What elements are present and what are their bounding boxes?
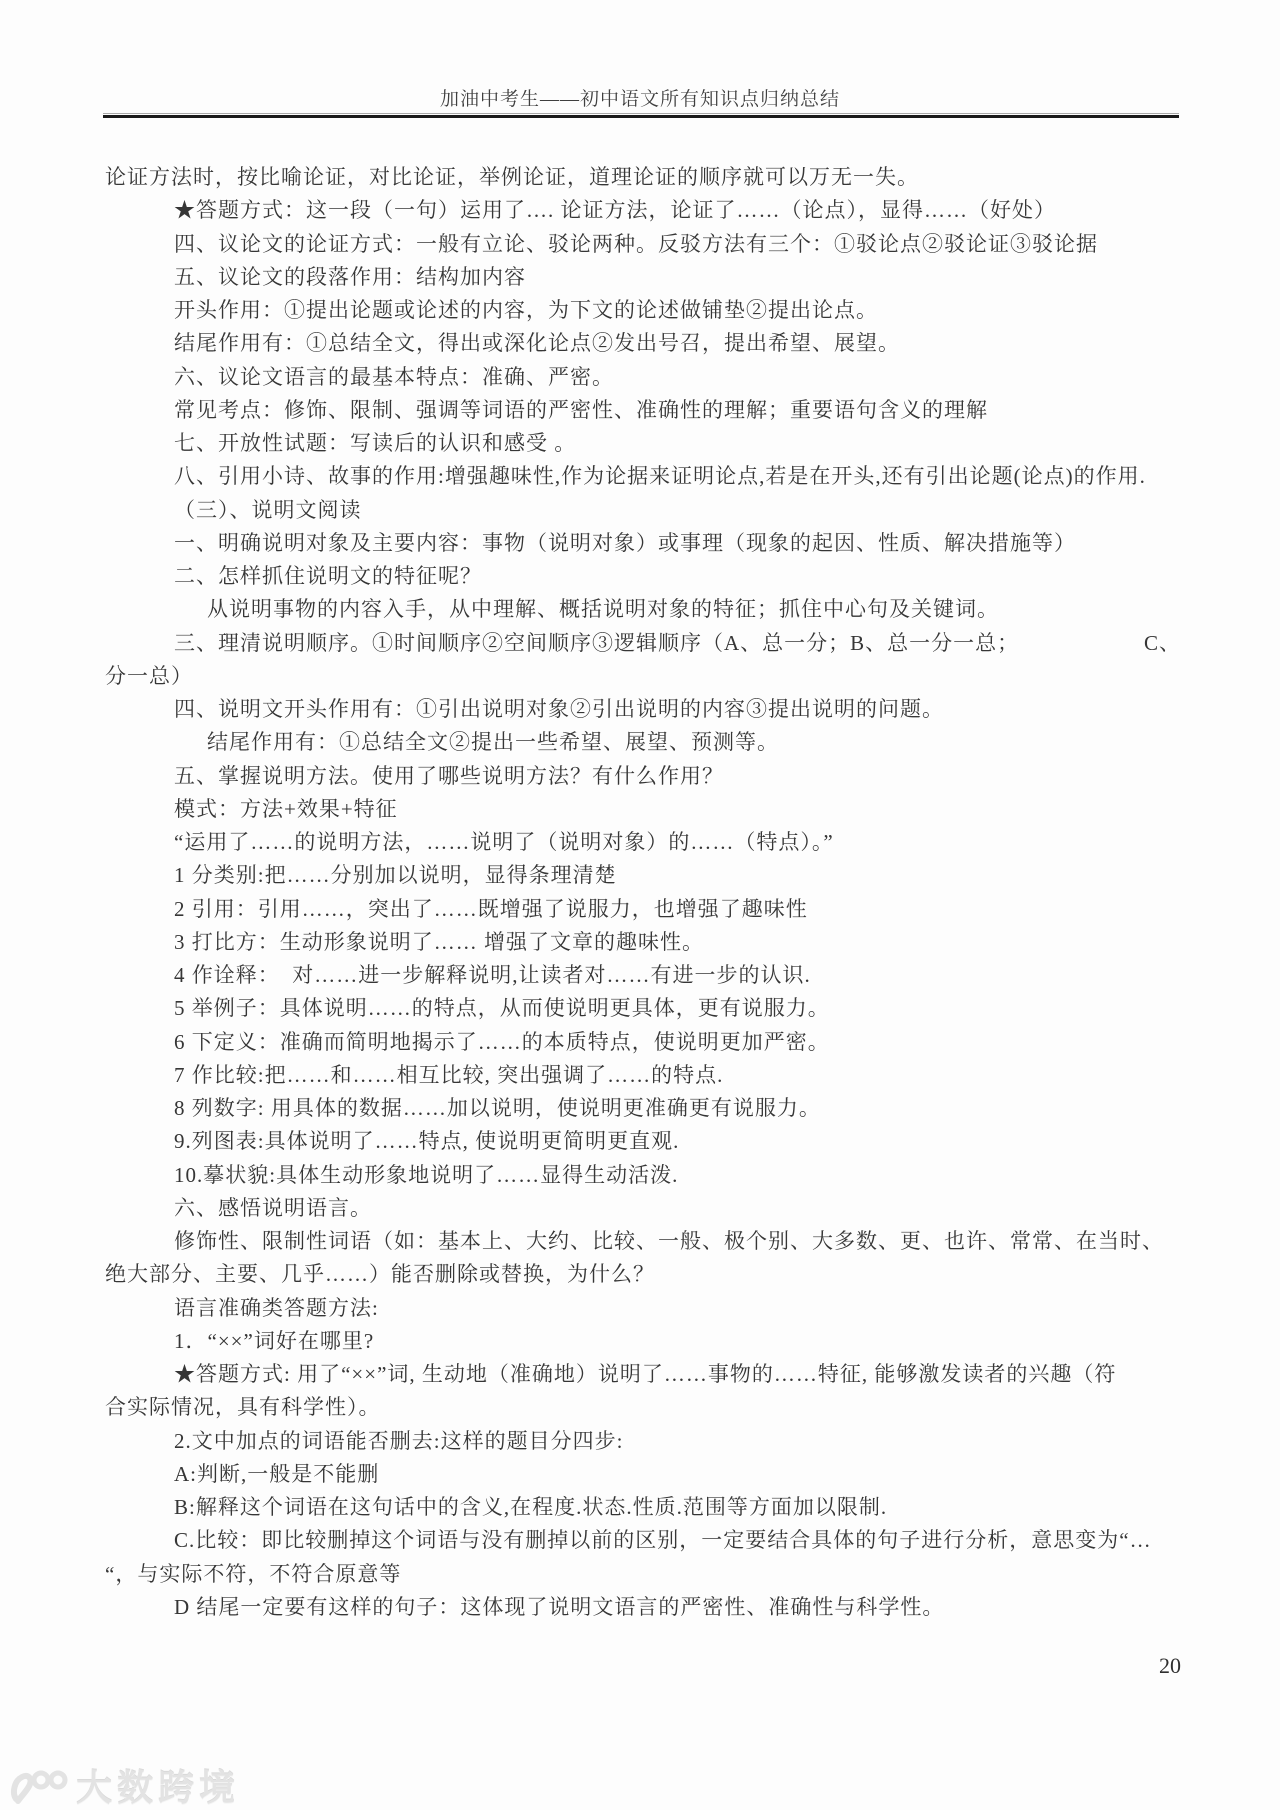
text-line: 结尾作用有：①总结全文②提出一些希望、展望、预测等。 bbox=[105, 726, 1181, 759]
text-line: 六、议论文语言的最基本特点：准确、严密。 bbox=[105, 361, 1181, 394]
text-line: “，与实际不符，不符合原意等 bbox=[105, 1558, 1181, 1591]
text-line-content: 八、引用小诗、故事的作用:增强趣味性,作为论据来证明论点,若是在开头,还有引出论… bbox=[174, 464, 1146, 488]
text-line-content: 4 作诠释： 对……进一步解释说明,让读者对……有进一步的认识. bbox=[174, 963, 811, 987]
page-header-title: 加油中考生——初中语文所有知识点归纳总结 bbox=[102, 84, 1178, 111]
watermark-text: 大数跨境 bbox=[76, 1760, 240, 1810]
text-line: 四、议论文的论证方式：一般有立论、驳论两种。反驳方法有三个：①驳论点②驳论证③驳… bbox=[105, 228, 1181, 261]
text-line: 七、开放性试题：写读后的认识和感受 。 bbox=[105, 427, 1181, 460]
text-line-content: 合实际情况，具有科学性）。 bbox=[105, 1395, 381, 1419]
text-line: 6 下定义：准确而简明地揭示了……的本质特点，使说明更加严密。 bbox=[105, 1026, 1181, 1059]
text-line-content: 1．“××”词好在哪里? bbox=[174, 1329, 374, 1353]
text-line: 二、怎样抓住说明文的特征呢？ bbox=[105, 560, 1181, 593]
watermark: 大数跨境 bbox=[10, 1760, 240, 1810]
text-line-content: 10.摹状貌:具体生动形象地说明了……显得生动活泼. bbox=[174, 1163, 678, 1187]
text-line: 常见考点：修饰、限制、强调等词语的严密性、准确性的理解；重要语句含义的理解 bbox=[105, 394, 1181, 427]
text-line: A:判断,一般是不能删 bbox=[105, 1458, 1181, 1491]
text-line-content: D 结尾一定要有这样的句子：这体现了说明文语言的严密性、准确性与科学性。 bbox=[174, 1595, 944, 1619]
text-line: 语言准确类答题方法: bbox=[105, 1292, 1181, 1325]
text-line-content: B:解释这个词语在这句话中的含义,在程度.状态.性质.范围等方面加以限制. bbox=[174, 1495, 887, 1519]
text-line-content: 论证方法时，按比喻论证，对比论证，举例论证，道理论证的顺序就可以万无一失。 bbox=[105, 165, 919, 189]
text-line: 模式：方法+效果+特征 bbox=[105, 793, 1181, 826]
text-line-content: 开头作用：①提出论题或论述的内容，为下文的论述做铺垫②提出论点。 bbox=[174, 298, 878, 322]
text-line: 3 打比方：生动形象说明了…… 增强了文章的趣味性。 bbox=[105, 926, 1181, 959]
text-line: （三）、说明文阅读 bbox=[105, 494, 1181, 527]
text-line-content: 绝大部分、主要、几乎……）能否删除或替换，为什么？ bbox=[105, 1262, 655, 1286]
text-line: 四、说明文开头作用有：①引出说明对象②引出说明的内容③提出说明的问题。 bbox=[105, 693, 1181, 726]
text-line: D 结尾一定要有这样的句子：这体现了说明文语言的严密性、准确性与科学性。 bbox=[105, 1591, 1181, 1624]
text-line-content: 6 下定义：准确而简明地揭示了……的本质特点，使说明更加严密。 bbox=[174, 1030, 830, 1054]
page-number: 20 bbox=[105, 1653, 1181, 1679]
text-line-content: “运用了……的说明方法，……说明了（说明对象）的……（特点）。” bbox=[174, 830, 834, 854]
text-line: ★答题方式: 用了“××”词, 生动地（准确地）说明了……事物的……特征, 能够… bbox=[105, 1358, 1181, 1391]
text-line: ★答题方式：这一段（一句）运用了…. 论证方法，论证了……（论点），显得……（好… bbox=[105, 194, 1181, 227]
text-line-content: 五、议论文的段落作用：结构加内容 bbox=[174, 265, 526, 289]
text-line: 5 举例子：具体说明……的特点，从而使说明更具体，更有说服力。 bbox=[105, 992, 1181, 1025]
text-line-content: C.比较：即比较删掉这个词语与没有删掉以前的区别，一定要结合具体的句子进行分析，… bbox=[174, 1528, 1152, 1552]
text-line: “运用了……的说明方法，……说明了（说明对象）的……（特点）。” bbox=[105, 826, 1181, 859]
text-line-content: 9.列图表:具体说明了……特点, 使说明更简明更直观. bbox=[174, 1129, 679, 1153]
text-line-content: 二、怎样抓住说明文的特征呢？ bbox=[174, 564, 482, 588]
text-line-content: 模式：方法+效果+特征 bbox=[174, 797, 398, 821]
document-page: 加油中考生——初中语文所有知识点归纳总结 论证方法时，按比喻论证，对比论证，举例… bbox=[0, 0, 1280, 1810]
text-line: 论证方法时，按比喻论证，对比论证，举例论证，道理论证的顺序就可以万无一失。 bbox=[105, 161, 1181, 194]
text-line: 结尾作用有：①总结全文，得出或深化论点②发出号召，提出希望、展望。 bbox=[105, 327, 1181, 360]
text-line: 7 作比较:把……和……相互比较, 突出强调了……的特点. bbox=[105, 1059, 1181, 1092]
text-line: 从说明事物的内容入手，从中理解、概括说明对象的特征；抓住中心句及关键词。 bbox=[105, 593, 1181, 626]
text-line: B:解释这个词语在这句话中的含义,在程度.状态.性质.范围等方面加以限制. bbox=[105, 1491, 1181, 1524]
text-line-content: 结尾作用有：①总结全文，得出或深化论点②发出号召，提出希望、展望。 bbox=[174, 331, 900, 355]
text-line-content: 从说明事物的内容入手，从中理解、概括说明对象的特征；抓住中心句及关键词。 bbox=[207, 597, 999, 621]
text-line-content: 5 举例子：具体说明……的特点，从而使说明更具体，更有说服力。 bbox=[174, 996, 830, 1020]
text-line-content: A:判断,一般是不能删 bbox=[174, 1462, 379, 1486]
text-line: 合实际情况，具有科学性）。 bbox=[105, 1391, 1181, 1424]
text-line: 六、感悟说明语言。 bbox=[105, 1192, 1181, 1225]
text-line-tail: C、 bbox=[1144, 627, 1181, 660]
watermark-logo-icon bbox=[10, 1765, 68, 1807]
text-line-content: 五、掌握说明方法。使用了哪些说明方法？有什么作用？ bbox=[174, 764, 724, 788]
text-line-content: “，与实际不符，不符合原意等 bbox=[105, 1562, 401, 1586]
text-line: 8 列数字: 用具体的数据……加以说明，使说明更准确更有说服力。 bbox=[105, 1092, 1181, 1125]
document-body: 论证方法时，按比喻论证，对比论证，举例论证，道理论证的顺序就可以万无一失。★答题… bbox=[105, 161, 1181, 1624]
text-line: 开头作用：①提出论题或论述的内容，为下文的论述做铺垫②提出论点。 bbox=[105, 294, 1181, 327]
text-line: 绝大部分、主要、几乎……）能否删除或替换，为什么？ bbox=[105, 1258, 1181, 1291]
text-line: 一、明确说明对象及主要内容：事物（说明对象）或事理（现象的起因、性质、解决措施等… bbox=[105, 527, 1181, 560]
text-line-content: 3 打比方：生动形象说明了…… 增强了文章的趣味性。 bbox=[174, 930, 704, 954]
text-line: C.比较：即比较删掉这个词语与没有删掉以前的区别，一定要结合具体的句子进行分析，… bbox=[105, 1524, 1181, 1557]
text-line-content: 一、明确说明对象及主要内容：事物（说明对象）或事理（现象的起因、性质、解决措施等… bbox=[174, 531, 1076, 555]
text-line: 10.摹状貌:具体生动形象地说明了……显得生动活泼. bbox=[105, 1159, 1181, 1192]
text-line: 1．“××”词好在哪里? bbox=[105, 1325, 1181, 1358]
header-rule bbox=[103, 113, 1179, 118]
text-line-content: ★答题方式：这一段（一句）运用了…. 论证方法，论证了……（论点），显得……（好… bbox=[174, 198, 1056, 222]
text-line-content: 三、理清说明顺序。①时间顺序②空间顺序③逻辑顺序（A、总一分；B、总一分一总； bbox=[174, 627, 1019, 660]
text-line-content: ★答题方式: 用了“××”词, 生动地（准确地）说明了……事物的……特征, 能够… bbox=[174, 1362, 1116, 1386]
text-line-content: 修饰性、限制性词语（如：基本上、大约、比较、一般、极个别、大多数、更、也许、常常… bbox=[174, 1229, 1164, 1253]
text-line: 2.文中加点的词语能否删去:这样的题目分四步: bbox=[105, 1425, 1181, 1458]
text-line-content: 四、说明文开头作用有：①引出说明对象②引出说明的内容③提出说明的问题。 bbox=[174, 697, 944, 721]
text-line: 2 引用：引用……，突出了……既增强了说服力，也增强了趣味性 bbox=[105, 893, 1181, 926]
header-rule-thick-line bbox=[103, 115, 1179, 118]
text-line: 三、理清说明顺序。①时间顺序②空间顺序③逻辑顺序（A、总一分；B、总一分一总；C… bbox=[105, 627, 1181, 660]
header-rule-thin-line bbox=[103, 113, 1179, 114]
text-line-content: 7 作比较:把……和……相互比较, 突出强调了……的特点. bbox=[174, 1063, 723, 1087]
text-line-content: 分一总） bbox=[105, 664, 193, 688]
text-line-content: 8 列数字: 用具体的数据……加以说明，使说明更准确更有说服力。 bbox=[174, 1096, 821, 1120]
text-line-content: 结尾作用有：①总结全文②提出一些希望、展望、预测等。 bbox=[207, 730, 779, 754]
text-line: 1 分类别:把……分别加以说明，显得条理清楚 bbox=[105, 859, 1181, 892]
text-line: 修饰性、限制性词语（如：基本上、大约、比较、一般、极个别、大多数、更、也许、常常… bbox=[105, 1225, 1181, 1258]
text-line-content: （三）、说明文阅读 bbox=[174, 498, 362, 522]
text-line-content: 1 分类别:把……分别加以说明，显得条理清楚 bbox=[174, 863, 617, 887]
text-line-content: 常见考点：修饰、限制、强调等词语的严密性、准确性的理解；重要语句含义的理解 bbox=[174, 398, 988, 422]
text-line-content: 四、议论文的论证方式：一般有立论、驳论两种。反驳方法有三个：①驳论点②驳论证③驳… bbox=[174, 232, 1098, 256]
text-line-content: 2 引用：引用……，突出了……既增强了说服力，也增强了趣味性 bbox=[174, 897, 808, 921]
text-line: 9.列图表:具体说明了……特点, 使说明更简明更直观. bbox=[105, 1125, 1181, 1158]
text-line-content: 2.文中加点的词语能否删去:这样的题目分四步: bbox=[174, 1429, 623, 1453]
text-line: 分一总） bbox=[105, 660, 1181, 693]
text-line-content: 六、感悟说明语言。 bbox=[174, 1196, 372, 1220]
text-line-content: 七、开放性试题：写读后的认识和感受 。 bbox=[174, 431, 576, 455]
text-line: 五、议论文的段落作用：结构加内容 bbox=[105, 261, 1181, 294]
text-line: 五、掌握说明方法。使用了哪些说明方法？有什么作用？ bbox=[105, 760, 1181, 793]
text-line-content: 六、议论文语言的最基本特点：准确、严密。 bbox=[174, 365, 614, 389]
text-line: 八、引用小诗、故事的作用:增强趣味性,作为论据来证明论点,若是在开头,还有引出论… bbox=[105, 460, 1181, 493]
text-line-content: 语言准确类答题方法: bbox=[174, 1296, 379, 1320]
text-line: 4 作诠释： 对……进一步解释说明,让读者对……有进一步的认识. bbox=[105, 959, 1181, 992]
